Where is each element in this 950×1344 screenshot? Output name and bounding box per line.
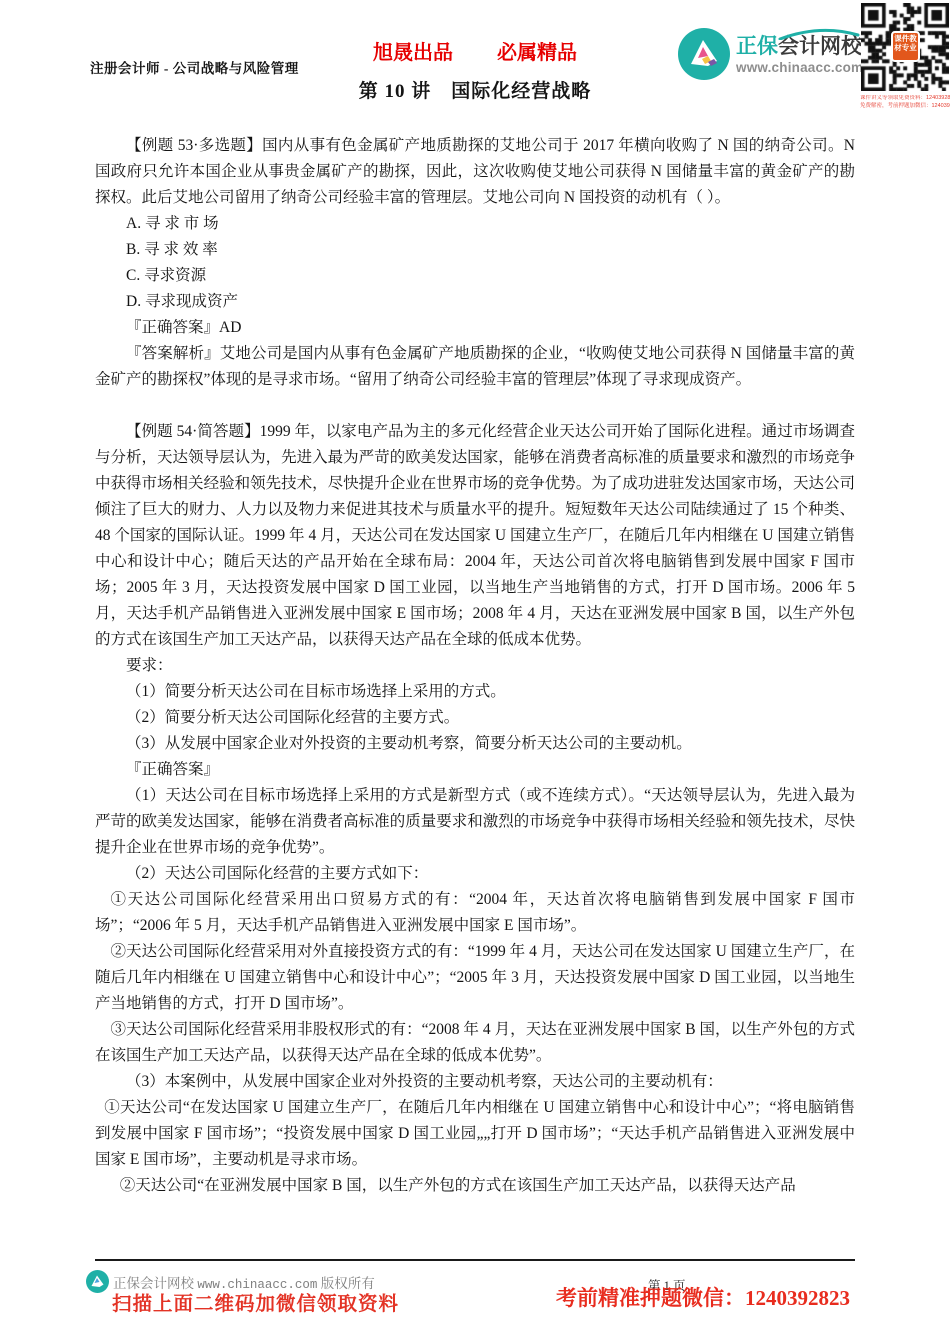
question-54-answer-2-3: ③天达公司国际化经营采用非股权形式的有：“2008 年 4 月，天达在亚洲发展中… xyxy=(95,1017,855,1069)
question-53-option-b: B. 寻 求 效 率 xyxy=(95,237,855,263)
question-53-option-a: A. 寻 求 市 场 xyxy=(95,211,855,237)
question-53-analysis: 『答案解析』艾地公司是国内从事有色金属矿产地质勘探的企业，“收购使艾地公司获得 … xyxy=(95,341,855,393)
footer-wechat-note: 考前精准押题微信：1240392823 xyxy=(556,1282,850,1312)
question-54-answer-2-1: ①天达公司国际化经营采用出口贸易方式的有：“2004 年，天达首次将电脑销售到发… xyxy=(95,887,855,939)
footer-logo-icon xyxy=(86,1270,109,1293)
footer-divider xyxy=(95,1259,855,1261)
question-54-answer-3-2: ②天达公司“在亚洲发展中国家 B 国，以生产外包的方式在该国生产加工天达产品，以… xyxy=(95,1173,855,1199)
question-54-req-3: （3）从发展中国家企业对外投资的主要动机考察，简要分析天达公司的主要动机。 xyxy=(95,731,855,757)
brand-text: 正保会计网校 www.chinaacc.com xyxy=(736,36,860,75)
question-54-answer-2-2: ②天达公司国际化经营采用对外直接投资方式的有：“1999 年 4 月，天达公司在… xyxy=(95,939,855,1017)
question-54-stem: 【例题 54·简答题】1999 年，以家电产品为主的多元化经营企业天达公司开始了… xyxy=(95,419,855,653)
question-54-answer-label: 『正确答案』 xyxy=(95,757,855,783)
question-53-answer: 『正确答案』AD xyxy=(95,315,855,341)
brand-url: www.chinaacc.com xyxy=(736,60,860,75)
document-body: 【例题 53·多选题】国内从事有色金属矿产地质勘探的艾地公司于 2017 年横向… xyxy=(95,133,855,1199)
question-54-req-2: （2）简要分析天达公司国际化经营的主要方式。 xyxy=(95,705,855,731)
qr-center-badge: 课件教材专业 xyxy=(891,31,920,62)
question-53-option-d: D. 寻求现成资产 xyxy=(95,289,855,315)
qr-note: 课件讲义等领取免费资料：1240392823 免费解密，考前押题加微信：1240… xyxy=(860,95,950,110)
footer-scan-note: 扫描上面二维码加微信领取资料 xyxy=(112,1288,399,1316)
question-54-answer-2: （2）天达公司国际化经营的主要方式如下： xyxy=(95,861,855,887)
slogan-right: 必属精品 xyxy=(497,36,577,65)
brand-name-primary: 正保 xyxy=(736,35,778,58)
qr-code-block: 课件教材专业 课件讲义等领取免费资料：1240392823 免费解密，考前押题加… xyxy=(860,2,950,120)
slogan-left: 旭晟出品 xyxy=(373,36,453,65)
question-54-answer-3: （3）本案例中，从发展中国家企业对外投资的主要动机考察，天达公司的主要动机有： xyxy=(95,1069,855,1095)
brand-logo: 正保会计网校 www.chinaacc.com xyxy=(678,26,858,86)
brand-swoosh-icon xyxy=(778,28,860,40)
qr-note-line1: 课件讲义等领取免费资料：1240392823 xyxy=(860,95,950,103)
question-54-answer-3-1: ①天达公司“在发达国家 U 国建立生产厂，在随后几年内相继在 U 国建立销售中心… xyxy=(95,1095,855,1173)
brand-logo-icon xyxy=(678,28,730,80)
question-54-answer-1: （1）天达公司在目标市场选择上采用的方式是新型方式（或不连续方式）。“天达领导层… xyxy=(95,783,855,861)
question-54-req-1: （1）简要分析天达公司在目标市场选择上采用的方式。 xyxy=(95,679,855,705)
question-53-stem: 【例题 53·多选题】国内从事有色金属矿产地质勘探的艾地公司于 2017 年横向… xyxy=(95,133,855,211)
question-54-req-label: 要求： xyxy=(95,653,855,679)
document-page: 注册会计师 - 公司战略与风险管理 旭晟出品必属精品 第 10 讲 国际化经营战… xyxy=(0,0,950,1344)
question-53-option-c: C. 寻求资源 xyxy=(95,263,855,289)
qr-note-line2: 免费解密，考前押题加微信：1240392823 xyxy=(860,103,950,111)
